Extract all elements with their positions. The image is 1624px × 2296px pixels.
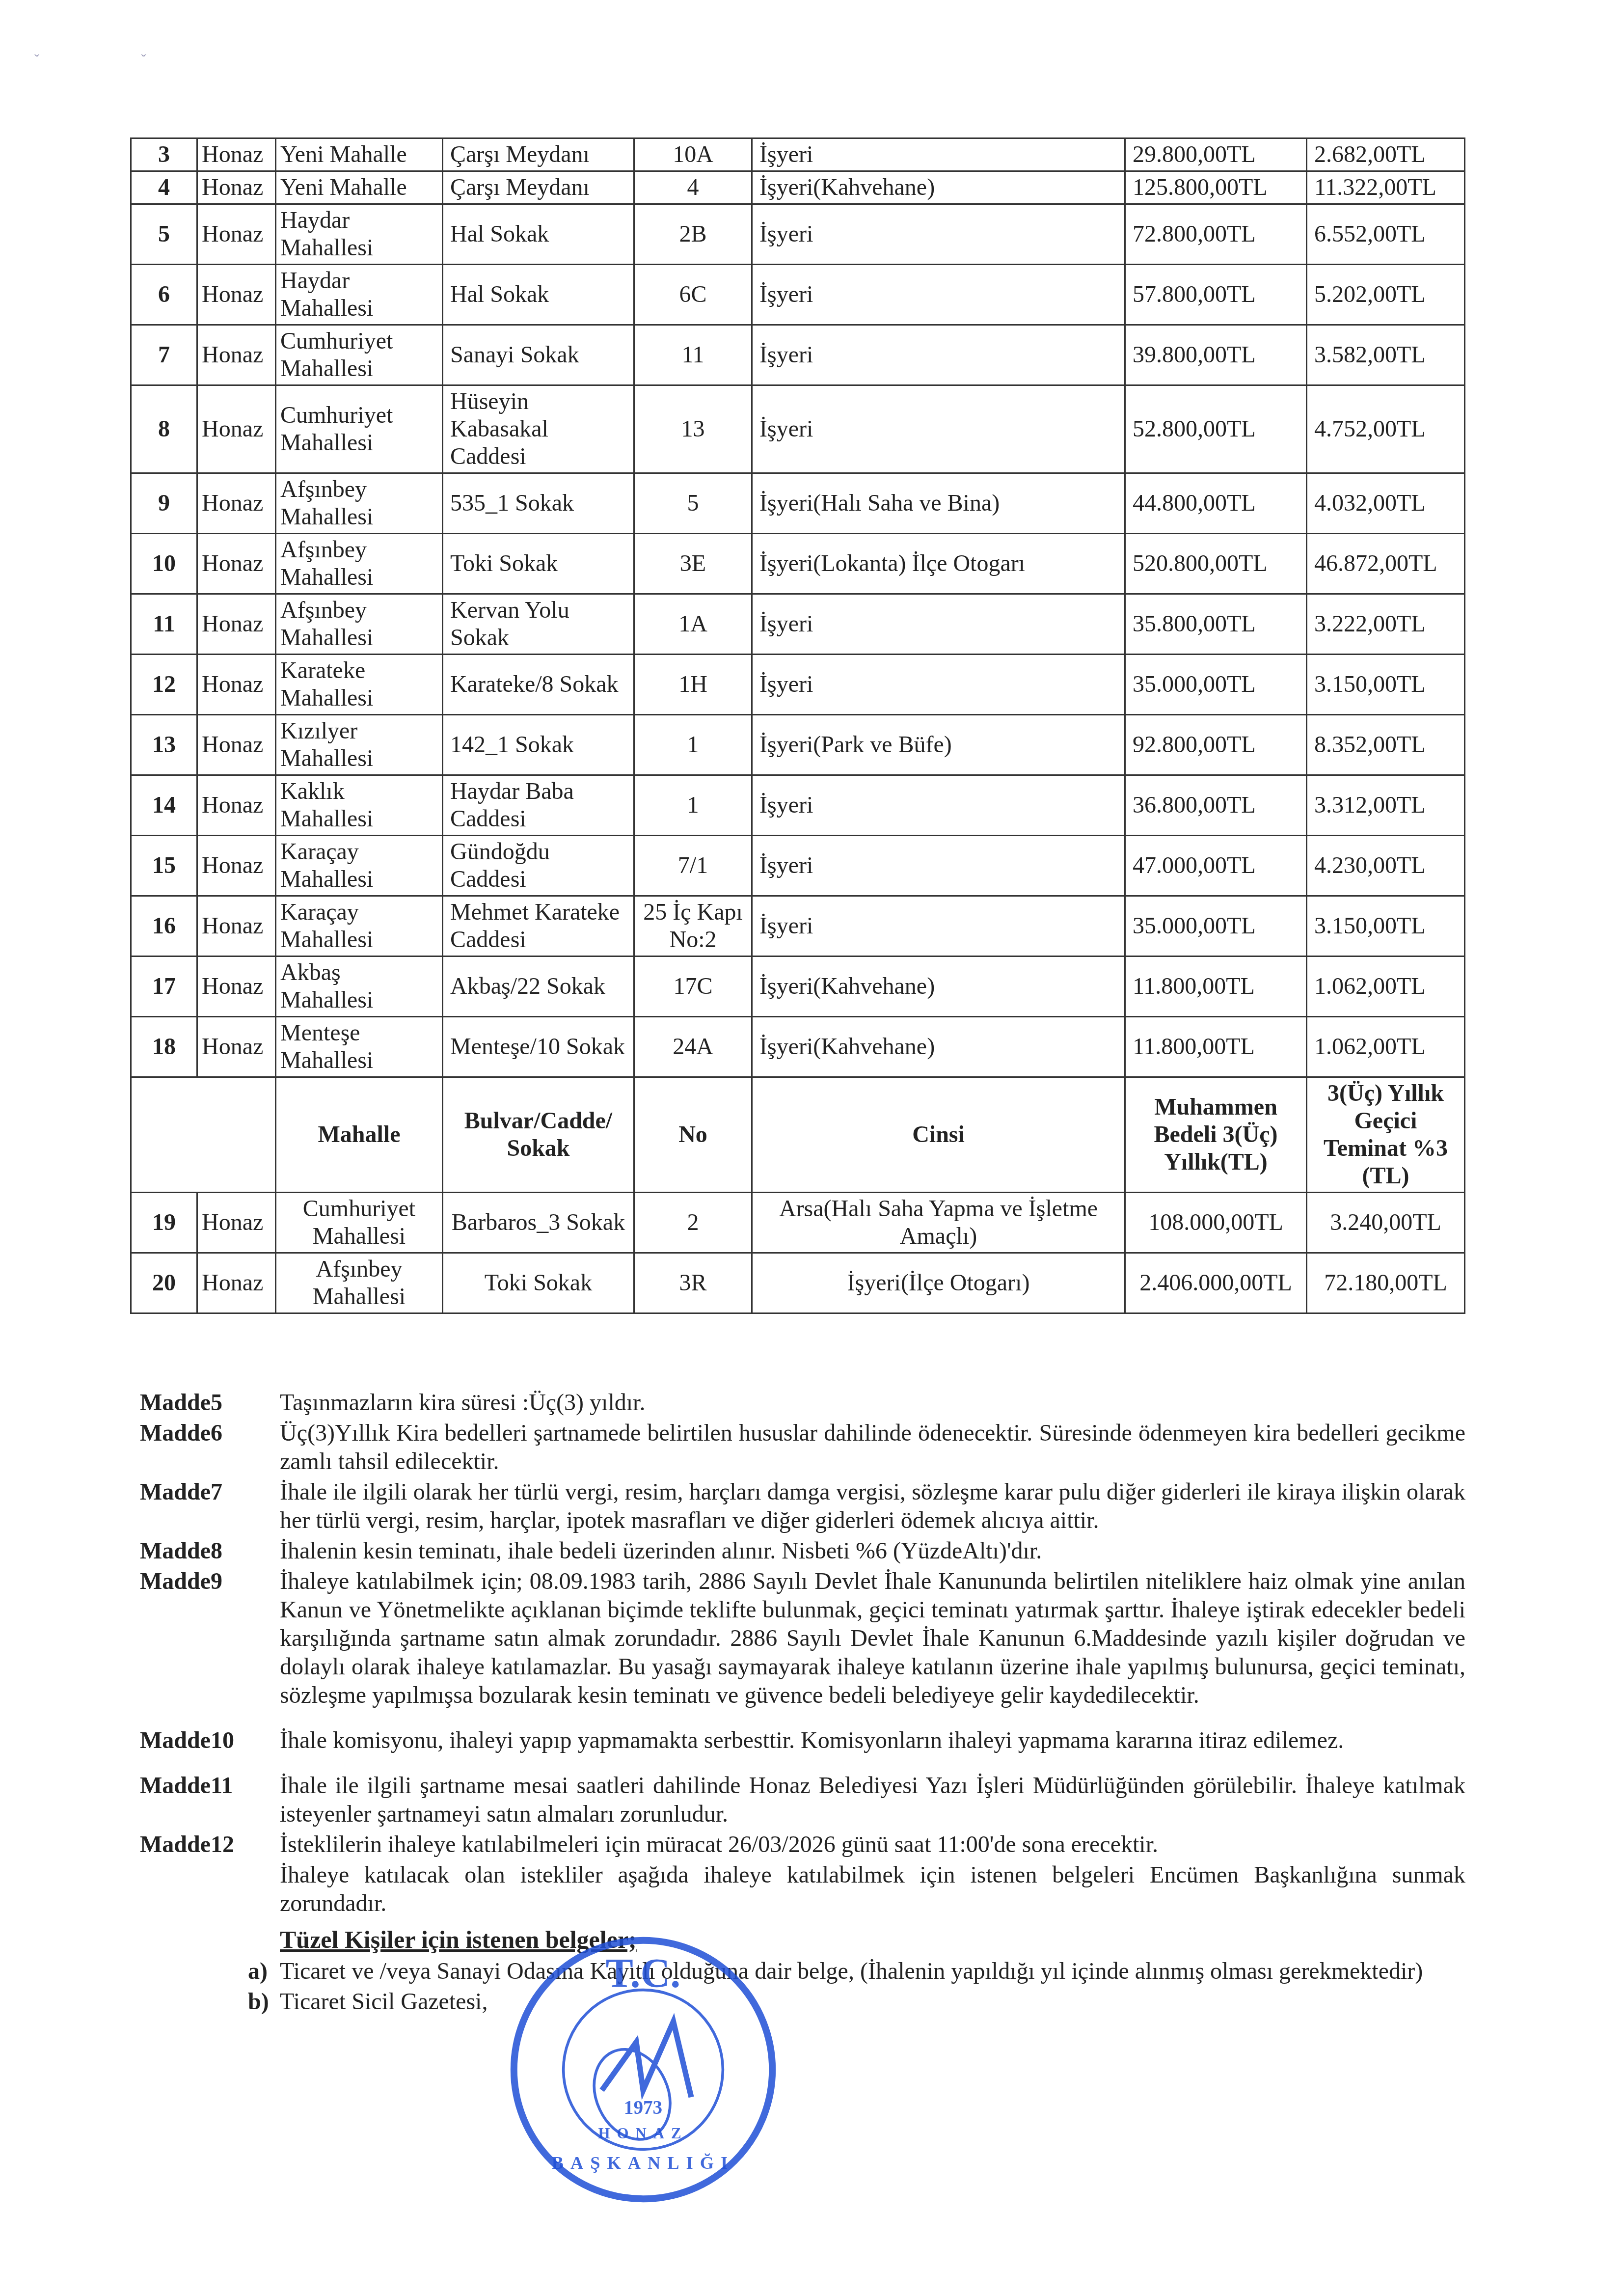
street-cell: Akbaş/22 Sokak — [443, 957, 634, 1017]
door-number-cell: 24A — [634, 1017, 752, 1077]
door-number-cell: 25 İç Kapı No:2 — [634, 896, 752, 957]
article-item: Madde6Üç(3)Yıllık Kira bedelleri şartnam… — [140, 1419, 1465, 1476]
estimated-price-cell: 92.800,00TL — [1125, 715, 1307, 775]
estimated-price-cell: 52.800,00TL — [1125, 385, 1307, 473]
row-number: 20 — [131, 1253, 197, 1313]
table-row: 18HonazMenteşe MahallesiMenteşe/10 Sokak… — [131, 1017, 1465, 1077]
guarantee-cell: 3.150,00TL — [1307, 655, 1465, 715]
article-item: Madde12İsteklilerin ihaleye katılabilmel… — [140, 1831, 1465, 1859]
guarantee-cell: 1.062,00TL — [1307, 1017, 1465, 1077]
requirement-marker: a) — [248, 1957, 280, 1986]
neighborhood-cell: Cumhuriyet Mahallesi — [276, 385, 443, 473]
table-row: 11HonazAfşınbey MahallesiKervan Yolu Sok… — [131, 594, 1465, 655]
guarantee-cell: 3.582,00TL — [1307, 325, 1465, 385]
street-cell: Gündoğdu Caddesi — [443, 836, 634, 896]
table-row: 13HonazKızılyer Mahallesi142_1 Sokak1İşy… — [131, 715, 1465, 775]
estimated-price-cell: 47.000,00TL — [1125, 836, 1307, 896]
table-row: 7HonazCumhuriyet MahallesiSanayi Sokak11… — [131, 325, 1465, 385]
neighborhood-cell: Afşınbey Mahallesi — [276, 1253, 443, 1313]
guarantee-cell: 2.682,00TL — [1307, 138, 1465, 171]
guarantee-cell: 46.872,00TL — [1307, 534, 1465, 594]
property-type-cell: İşyeri(Halı Saha ve Bina) — [752, 473, 1125, 534]
guarantee-cell: 3.222,00TL — [1307, 594, 1465, 655]
table-row: 6HonazHaydar MahallesiHal Sokak6Cİşyeri5… — [131, 265, 1465, 325]
table-row: 17HonazAkbaş MahallesiAkbaş/22 Sokak17Cİ… — [131, 957, 1465, 1017]
header-cinsi: Cinsi — [752, 1077, 1125, 1193]
row-number: 3 — [131, 138, 197, 171]
district-cell: Honaz — [197, 896, 276, 957]
article-item: Madde9İhaleye katılabilmek için; 08.09.1… — [140, 1567, 1465, 1710]
article-item: Madde5Taşınmazların kira süresi :Üç(3) y… — [140, 1389, 1465, 1417]
district-cell: Honaz — [197, 1253, 276, 1313]
row-number: 9 — [131, 473, 197, 534]
row-number: 19 — [131, 1193, 197, 1253]
table-row: 4HonazYeni MahalleÇarşı Meydanı4İşyeri(K… — [131, 171, 1465, 204]
article-text: Üç(3)Yıllık Kira bedelleri şartnamede be… — [280, 1419, 1465, 1476]
door-number-cell: 3R — [634, 1253, 752, 1313]
door-number-cell: 1 — [634, 775, 752, 836]
property-type-cell: İşyeri(Kahvehane) — [752, 1017, 1125, 1077]
door-number-cell: 10A — [634, 138, 752, 171]
row-number: 17 — [131, 957, 197, 1017]
street-cell: Hal Sokak — [443, 204, 634, 265]
district-cell: Honaz — [197, 655, 276, 715]
district-cell: Honaz — [197, 957, 276, 1017]
neighborhood-cell: Karaçay Mahallesi — [276, 836, 443, 896]
article-label: Madde11 — [140, 1772, 280, 1829]
article-text: İhale ile ilgili şartname mesai saatleri… — [280, 1772, 1465, 1829]
neighborhood-cell: Cumhuriyet Mahallesi — [276, 1193, 443, 1253]
neighborhood-cell: Cumhuriyet Mahallesi — [276, 325, 443, 385]
property-type-cell: İşyeri(Kahvehane) — [752, 957, 1125, 1017]
article-item: Madde8İhalenin kesin teminatı, ihale bed… — [140, 1537, 1465, 1565]
property-type-cell: İşyeri — [752, 138, 1125, 171]
scan-marks: ˇ ˇ — [34, 52, 195, 68]
property-type-cell: İşyeri — [752, 265, 1125, 325]
district-cell: Honaz — [197, 775, 276, 836]
article-text: İhale ile ilgili olarak her türlü vergi,… — [280, 1478, 1465, 1535]
neighborhood-cell: Haydar Mahallesi — [276, 265, 443, 325]
district-cell: Honaz — [197, 138, 276, 171]
estimated-price-cell: 72.800,00TL — [1125, 204, 1307, 265]
street-cell: Karateke/8 Sokak — [443, 655, 634, 715]
articles-section: Madde5Taşınmazların kira süresi :Üç(3) y… — [140, 1389, 1465, 2016]
district-cell: Honaz — [197, 325, 276, 385]
table-header-row: Mahalle Bulvar/Cadde/ Sokak No Cinsi Muh… — [131, 1077, 1465, 1193]
street-cell: 535_1 Sokak — [443, 473, 634, 534]
property-type-cell: İşyeri(Lokanta) İlçe Otogarı — [752, 534, 1125, 594]
header-cadde: Bulvar/Cadde/ Sokak — [443, 1077, 634, 1193]
row-number: 13 — [131, 715, 197, 775]
article-label: Madde9 — [140, 1567, 280, 1710]
door-number-cell: 4 — [634, 171, 752, 204]
neighborhood-cell: Akbaş Mahallesi — [276, 957, 443, 1017]
door-number-cell: 2 — [634, 1193, 752, 1253]
row-number: 16 — [131, 896, 197, 957]
estimated-price-cell: 35.800,00TL — [1125, 594, 1307, 655]
property-type-cell: İşyeri(Park ve Büfe) — [752, 715, 1125, 775]
article-text: İsteklilerin ihaleye katılabilmeleri içi… — [280, 1831, 1465, 1859]
street-cell: Kervan Yolu Sokak — [443, 594, 634, 655]
row-number: 11 — [131, 594, 197, 655]
district-cell: Honaz — [197, 473, 276, 534]
guarantee-cell: 11.322,00TL — [1307, 171, 1465, 204]
row-number: 15 — [131, 836, 197, 896]
door-number-cell: 13 — [634, 385, 752, 473]
estimated-price-cell: 39.800,00TL — [1125, 325, 1307, 385]
door-number-cell: 3E — [634, 534, 752, 594]
row-number: 18 — [131, 1017, 197, 1077]
row-number: 5 — [131, 204, 197, 265]
estimated-price-cell: 44.800,00TL — [1125, 473, 1307, 534]
street-cell: Hüseyin Kabasakal Caddesi — [443, 385, 634, 473]
street-cell: Menteşe/10 Sokak — [443, 1017, 634, 1077]
door-number-cell: 7/1 — [634, 836, 752, 896]
street-cell: Haydar Baba Caddesi — [443, 775, 634, 836]
header-teminat: 3(Üç) Yıllık Geçici Teminat %3 (TL) — [1307, 1077, 1465, 1193]
row-number: 14 — [131, 775, 197, 836]
estimated-price-cell: 11.800,00TL — [1125, 1017, 1307, 1077]
requirement-item: b)Ticaret Sicil Gazetesi, — [248, 1988, 1465, 2016]
municipality-seal-stamp: T.C. 1973 BAŞKANLIĞI HONAZ — [506, 1932, 781, 2207]
street-cell: Mehmet Karateke Caddesi — [443, 896, 634, 957]
table-row: 15HonazKaraçay MahallesiGündoğdu Caddesi… — [131, 836, 1465, 896]
property-type-cell: İşyeri — [752, 896, 1125, 957]
estimated-price-cell: 36.800,00TL — [1125, 775, 1307, 836]
article-text: İhaleye katılabilmek için; 08.09.1983 ta… — [280, 1567, 1465, 1710]
guarantee-cell: 1.062,00TL — [1307, 957, 1465, 1017]
article-text: İhaleye katılacak olan istekliler aşağıd… — [280, 1861, 1465, 1918]
table-row: 14HonazKaklık MahallesiHaydar Baba Cadde… — [131, 775, 1465, 836]
guarantee-cell: 8.352,00TL — [1307, 715, 1465, 775]
door-number-cell: 1 — [634, 715, 752, 775]
article-label — [140, 1861, 280, 1918]
table-row: 9HonazAfşınbey Mahallesi535_1 Sokak5İşye… — [131, 473, 1465, 534]
svg-text:T.C.: T.C. — [606, 1951, 680, 1996]
row-number: 8 — [131, 385, 197, 473]
neighborhood-cell: Afşınbey Mahallesi — [276, 594, 443, 655]
door-number-cell: 5 — [634, 473, 752, 534]
district-cell: Honaz — [197, 836, 276, 896]
district-cell: Honaz — [197, 171, 276, 204]
property-type-cell: İşyeri — [752, 325, 1125, 385]
article-label: Madde10 — [140, 1726, 280, 1755]
door-number-cell: 1A — [634, 594, 752, 655]
door-number-cell: 11 — [634, 325, 752, 385]
table-row: 8HonazCumhuriyet MahallesiHüseyin Kabasa… — [131, 385, 1465, 473]
row-number: 7 — [131, 325, 197, 385]
property-type-cell: İşyeri — [752, 655, 1125, 715]
neighborhood-cell: Haydar Mahallesi — [276, 204, 443, 265]
article-item: Madde7İhale ile ilgili olarak her türlü … — [140, 1478, 1465, 1535]
property-type-cell: İşyeri — [752, 385, 1125, 473]
property-type-cell: İşyeri — [752, 204, 1125, 265]
street-cell: Çarşı Meydanı — [443, 138, 634, 171]
guarantee-cell: 4.032,00TL — [1307, 473, 1465, 534]
street-cell: Barbaros_3 Sokak — [443, 1193, 634, 1253]
district-cell: Honaz — [197, 1017, 276, 1077]
property-type-cell: İşyeri — [752, 594, 1125, 655]
article-label: Madde5 — [140, 1389, 280, 1417]
district-cell: Honaz — [197, 204, 276, 265]
svg-text:1973: 1973 — [624, 2097, 662, 2118]
row-number: 4 — [131, 171, 197, 204]
estimated-price-cell: 520.800,00TL — [1125, 534, 1307, 594]
estimated-price-cell: 57.800,00TL — [1125, 265, 1307, 325]
document-page: ˇ ˇ 3HonazYeni MahalleÇarşı Meydanı10Aİş… — [0, 0, 1624, 2296]
requirements-title: Tüzel Kişiler için istenen belgeler; — [280, 1924, 1465, 1955]
estimated-price-cell: 35.000,00TL — [1125, 896, 1307, 957]
guarantee-cell: 4.230,00TL — [1307, 836, 1465, 896]
estimated-price-cell: 2.406.000,00TL — [1125, 1253, 1307, 1313]
street-cell: Çarşı Meydanı — [443, 171, 634, 204]
header-bedel: Muhammen Bedeli 3(Üç) Yıllık(TL) — [1125, 1077, 1307, 1193]
district-cell: Honaz — [197, 594, 276, 655]
row-number: 6 — [131, 265, 197, 325]
table-row: 19HonazCumhuriyet MahallesiBarbaros_3 So… — [131, 1193, 1465, 1253]
property-type-cell: İşyeri — [752, 836, 1125, 896]
door-number-cell: 6C — [634, 265, 752, 325]
door-number-cell: 1H — [634, 655, 752, 715]
property-type-cell: İşyeri(İlçe Otogarı) — [752, 1253, 1125, 1313]
neighborhood-cell: Karateke Mahallesi — [276, 655, 443, 715]
neighborhood-cell: Afşınbey Mahallesi — [276, 534, 443, 594]
estimated-price-cell: 11.800,00TL — [1125, 957, 1307, 1017]
table-row: 10HonazAfşınbey MahallesiToki Sokak3Eİşy… — [131, 534, 1465, 594]
guarantee-cell: 6.552,00TL — [1307, 204, 1465, 265]
table-row: 5HonazHaydar MahallesiHal Sokak2Bİşyeri7… — [131, 204, 1465, 265]
svg-text:BAŞKANLIĞI: BAŞKANLIĞI — [552, 2153, 734, 2173]
table-row: 12HonazKarateke MahallesiKarateke/8 Soka… — [131, 655, 1465, 715]
street-cell: 142_1 Sokak — [443, 715, 634, 775]
neighborhood-cell: Menteşe Mahallesi — [276, 1017, 443, 1077]
article-text: İhalenin kesin teminatı, ihale bedeli üz… — [280, 1537, 1465, 1565]
district-cell: Honaz — [197, 534, 276, 594]
guarantee-cell: 72.180,00TL — [1307, 1253, 1465, 1313]
neighborhood-cell: Yeni Mahalle — [276, 138, 443, 171]
article-label: Madde8 — [140, 1537, 280, 1565]
row-number: 12 — [131, 655, 197, 715]
table-row: 16HonazKaraçay MahallesiMehmet Karateke … — [131, 896, 1465, 957]
property-type-cell: İşyeri — [752, 775, 1125, 836]
estimated-price-cell: 125.800,00TL — [1125, 171, 1307, 204]
row-number: 10 — [131, 534, 197, 594]
street-cell: Hal Sokak — [443, 265, 634, 325]
header-mahalle: Mahalle — [276, 1077, 443, 1193]
article-item: İhaleye katılacak olan istekliler aşağıd… — [140, 1861, 1465, 1918]
article-label: Madde7 — [140, 1478, 280, 1535]
guarantee-cell: 5.202,00TL — [1307, 265, 1465, 325]
requirement-text: Ticaret ve /veya Sanayi Odasına Kayıtlı … — [280, 1957, 1465, 1986]
guarantee-cell: 3.312,00TL — [1307, 775, 1465, 836]
street-cell: Sanayi Sokak — [443, 325, 634, 385]
table-row: 20HonazAfşınbey MahallesiToki Sokak3Rİşy… — [131, 1253, 1465, 1313]
svg-text:HONAZ: HONAZ — [598, 2125, 688, 2142]
neighborhood-cell: Yeni Mahalle — [276, 171, 443, 204]
neighborhood-cell: Kaklık Mahallesi — [276, 775, 443, 836]
article-item: Madde10İhale komisyonu, ihaleyi yapıp ya… — [140, 1726, 1465, 1755]
district-cell: Honaz — [197, 1193, 276, 1253]
article-label: Madde12 — [140, 1831, 280, 1859]
table-row: 3HonazYeni MahalleÇarşı Meydanı10Aİşyeri… — [131, 138, 1465, 171]
article-label: Madde6 — [140, 1419, 280, 1476]
street-cell: Toki Sokak — [443, 1253, 634, 1313]
door-number-cell: 17C — [634, 957, 752, 1017]
requirement-text: Ticaret Sicil Gazetesi, — [280, 1988, 1465, 2016]
guarantee-cell: 3.240,00TL — [1307, 1193, 1465, 1253]
estimated-price-cell: 35.000,00TL — [1125, 655, 1307, 715]
district-cell: Honaz — [197, 385, 276, 473]
property-type-cell: İşyeri(Kahvehane) — [752, 171, 1125, 204]
neighborhood-cell: Kızılyer Mahallesi — [276, 715, 443, 775]
requirement-marker: b) — [248, 1988, 280, 2016]
district-cell: Honaz — [197, 715, 276, 775]
property-type-cell: Arsa(Halı Saha Yapma ve İşletme Amaçlı) — [752, 1193, 1125, 1253]
neighborhood-cell: Afşınbey Mahallesi — [276, 473, 443, 534]
street-cell: Toki Sokak — [443, 534, 634, 594]
requirement-item: a)Ticaret ve /veya Sanayi Odasına Kayıtl… — [248, 1957, 1465, 1986]
lease-table: 3HonazYeni MahalleÇarşı Meydanı10Aİşyeri… — [130, 137, 1465, 1314]
district-cell: Honaz — [197, 265, 276, 325]
article-text: Taşınmazların kira süresi :Üç(3) yıldır. — [280, 1389, 1465, 1417]
neighborhood-cell: Karaçay Mahallesi — [276, 896, 443, 957]
article-item: Madde11İhale ile ilgili şartname mesai s… — [140, 1772, 1465, 1829]
guarantee-cell: 3.150,00TL — [1307, 896, 1465, 957]
door-number-cell: 2B — [634, 204, 752, 265]
estimated-price-cell: 108.000,00TL — [1125, 1193, 1307, 1253]
article-text: İhale komisyonu, ihaleyi yapıp yapmamakt… — [280, 1726, 1465, 1755]
estimated-price-cell: 29.800,00TL — [1125, 138, 1307, 171]
guarantee-cell: 4.752,00TL — [1307, 385, 1465, 473]
header-no: No — [634, 1077, 752, 1193]
